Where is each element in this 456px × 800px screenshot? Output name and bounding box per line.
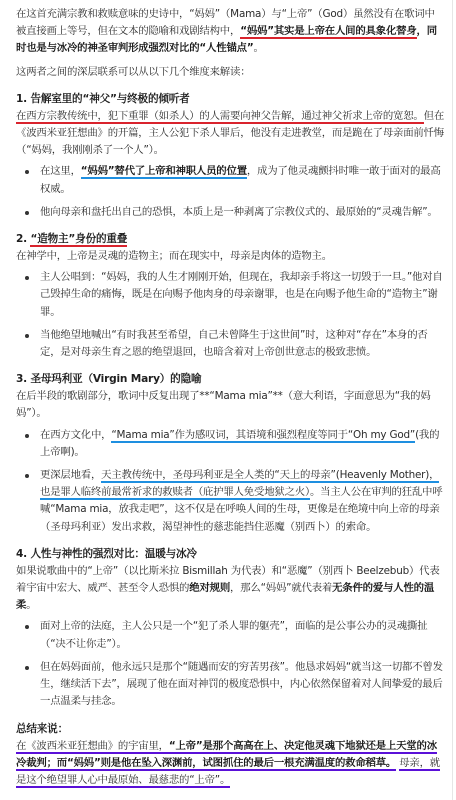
- list-item: 在西方文化中，“Mama mia”作为感叹词，其语境和强烈程度等同于“Oh my…: [40, 427, 444, 461]
- list-item: 面对上帝的法庭，主人公只是一个“犯了杀人罪的躯壳”，面临的是公事公办的灵魂撕扯（…: [40, 618, 444, 652]
- summary-section: 总结来说： 在《波西米亚狂想曲》的宇宙里，“上帝”是那个高高在上、决定他灵魂下地…: [16, 721, 444, 790]
- intro-lead: 这两者之间的深层联系可以从以下几个维度来解读：: [16, 64, 444, 81]
- list-item: 但在妈妈面前，他永远只是那个“随遇而安的穷苦男孩”。他恳求妈妈“就当这一切都不曾…: [40, 659, 444, 711]
- intro-paragraph: 在这首充满宗教和救赎意味的史诗中，“妈妈”（Mama）与“上帝”（God）虽然没…: [16, 6, 444, 58]
- highlight-mama-god-avatar: “妈妈”其实是上帝在人间的具象化替身: [240, 25, 416, 39]
- section-1-list: 在这里，“妈妈”替代了上帝和神职人员的位置，成为了他灵魂颤抖时唯一敢于面对的最高…: [16, 163, 444, 221]
- article-body: 在这首充满宗教和救赎意味的史诗中，“妈妈”（Mama）与“上帝”（God）虽然没…: [16, 6, 444, 789]
- section-4-paragraph: 如果说歌曲中的“上帝”（以比斯米拉 Bismillah 为代表）和“恶魔”（别西…: [16, 563, 444, 615]
- summary-paragraph: 在《波西米亚狂想曲》的宇宙里，“上帝”是那个高高在上、决定他灵魂下地狱还是上天堂…: [16, 738, 444, 790]
- section-2-list: 主人公唱到：“妈妈，我的人生才刚刚开始，但现在，我却亲手将这一切毁于一旦。”他对…: [16, 269, 444, 361]
- section-3-title: 3. 圣母玛利亚（Virgin Mary）的隐喻: [16, 371, 444, 388]
- window-edge: [452, 0, 453, 800]
- list-item: 更深层地看，天主教传统中，圣母玛利亚是全人类的“天上的母亲”(Heavenly …: [40, 467, 444, 536]
- section-1-title: 1. 告解室里的“神父”与终极的倾听者: [16, 91, 444, 108]
- list-item: 他向母亲和盘托出自己的恐惧，本质上是一种剥离了宗教仪式的、最原始的“灵魂告解”。: [40, 204, 444, 221]
- section-1: 1. 告解室里的“神父”与终极的倾听者 在西方宗教传统中，犯下重罪（如杀人）的人…: [16, 91, 444, 221]
- section-4-title: 4. 人性与神性的强烈对比：温暖与冰冷: [16, 546, 444, 563]
- list-item: 主人公唱到：“妈妈，我的人生才刚刚开始，但现在，我却亲手将这一切毁于一旦。”他对…: [40, 269, 444, 321]
- summary-title: 总结来说：: [16, 721, 444, 738]
- section-1-paragraph: 在西方宗教传统中，犯下重罪（如杀人）的人需要向神父告解，通过神父祈求上帝的宽恕。…: [16, 108, 444, 160]
- section-2-title: 2. “造物主”身份的重叠: [16, 231, 444, 248]
- list-item: 在这里，“妈妈”替代了上帝和神职人员的位置，成为了他灵魂颤抖时唯一敢于面对的最高…: [40, 163, 444, 197]
- section-3-paragraph: 在后半段的歌剧部分，歌词中反复出现了**“Mama mia”**（意大利语，字面…: [16, 388, 444, 422]
- section-2: 2. “造物主”身份的重叠 在神学中，上帝是灵魂的造物主；而在现实中，母亲是肉体…: [16, 231, 444, 361]
- section-2-paragraph: 在神学中，上帝是灵魂的造物主；而在现实中，母亲是肉体的造物主。: [16, 248, 444, 265]
- section-4-list: 面对上帝的法庭，主人公只是一个“犯了杀人罪的躯壳”，面临的是公事公办的灵魂撕扯（…: [16, 618, 444, 710]
- section-4: 4. 人性与神性的强烈对比：温暖与冰冷 如果说歌曲中的“上帝”（以比斯米拉 Bi…: [16, 546, 444, 711]
- section-3: 3. 圣母玛利亚（Virgin Mary）的隐喻 在后半段的歌剧部分，歌词中反复…: [16, 371, 444, 536]
- list-item: 当他绝望地喊出“有时我甚至希望，自己未曾降生于这世间”时，这种对“存在”本身的否…: [40, 327, 444, 361]
- section-3-list: 在西方文化中，“Mama mia”作为感叹词，其语境和强烈程度等同于“Oh my…: [16, 427, 444, 536]
